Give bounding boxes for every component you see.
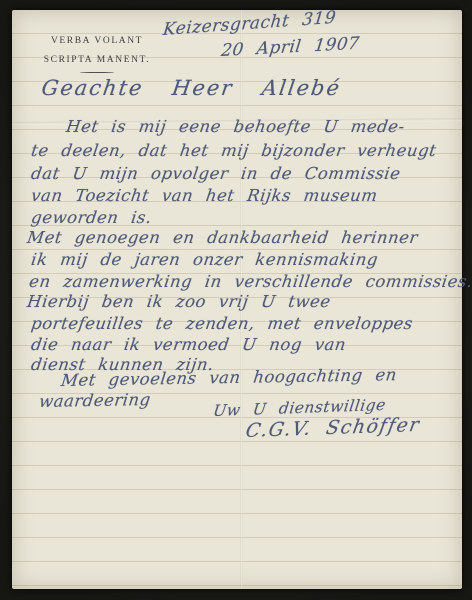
closing-line-2: waardeering [38,390,152,411]
address-line: Keizersgracht 319 [162,8,337,40]
salutation-line: Geachte Heer Allebé [40,76,343,100]
body-line-5: geworden is. [30,208,153,227]
letterhead-stamp: VERBA VOLANT SCRIPTA MANENT. [32,32,162,73]
stamp-line-2: SCRIPTA MANENT. [32,51,162,70]
body-line-4: van Toezicht van het Rijks museum [30,186,379,205]
body-line-8: en zamenwerking in verschillende commiss… [28,272,472,291]
stamp-line-1: VERBA VOLANT [32,32,162,51]
body-line-7: ik mij de jaren onzer kennismaking [30,250,379,269]
body-line-2: te deelen, dat het mij bijzonder verheug… [30,141,438,160]
body-line-11: die naar ik vermoed U nog van [30,335,347,354]
scanned-letter-photo: { "page": { "frame_color": "#1a1a17", "p… [0,0,472,600]
body-line-1: Het is mij eene behoefte U mede- [65,117,406,136]
body-line-3: dat U mijn opvolger in de Commissie [30,164,402,183]
signature: C.G.V. Schöffer [244,414,422,442]
letter-paper: VERBA VOLANT SCRIPTA MANENT. Keizersgrac… [12,10,462,589]
body-line-6: Met genoegen en dankbaarheid herinner [26,228,419,247]
body-line-9: Hierbij ben ik zoo vrij U twee [26,292,332,311]
stamp-underline [80,72,114,73]
body-line-10: portefeuilles te zenden, met enveloppes [30,314,414,333]
